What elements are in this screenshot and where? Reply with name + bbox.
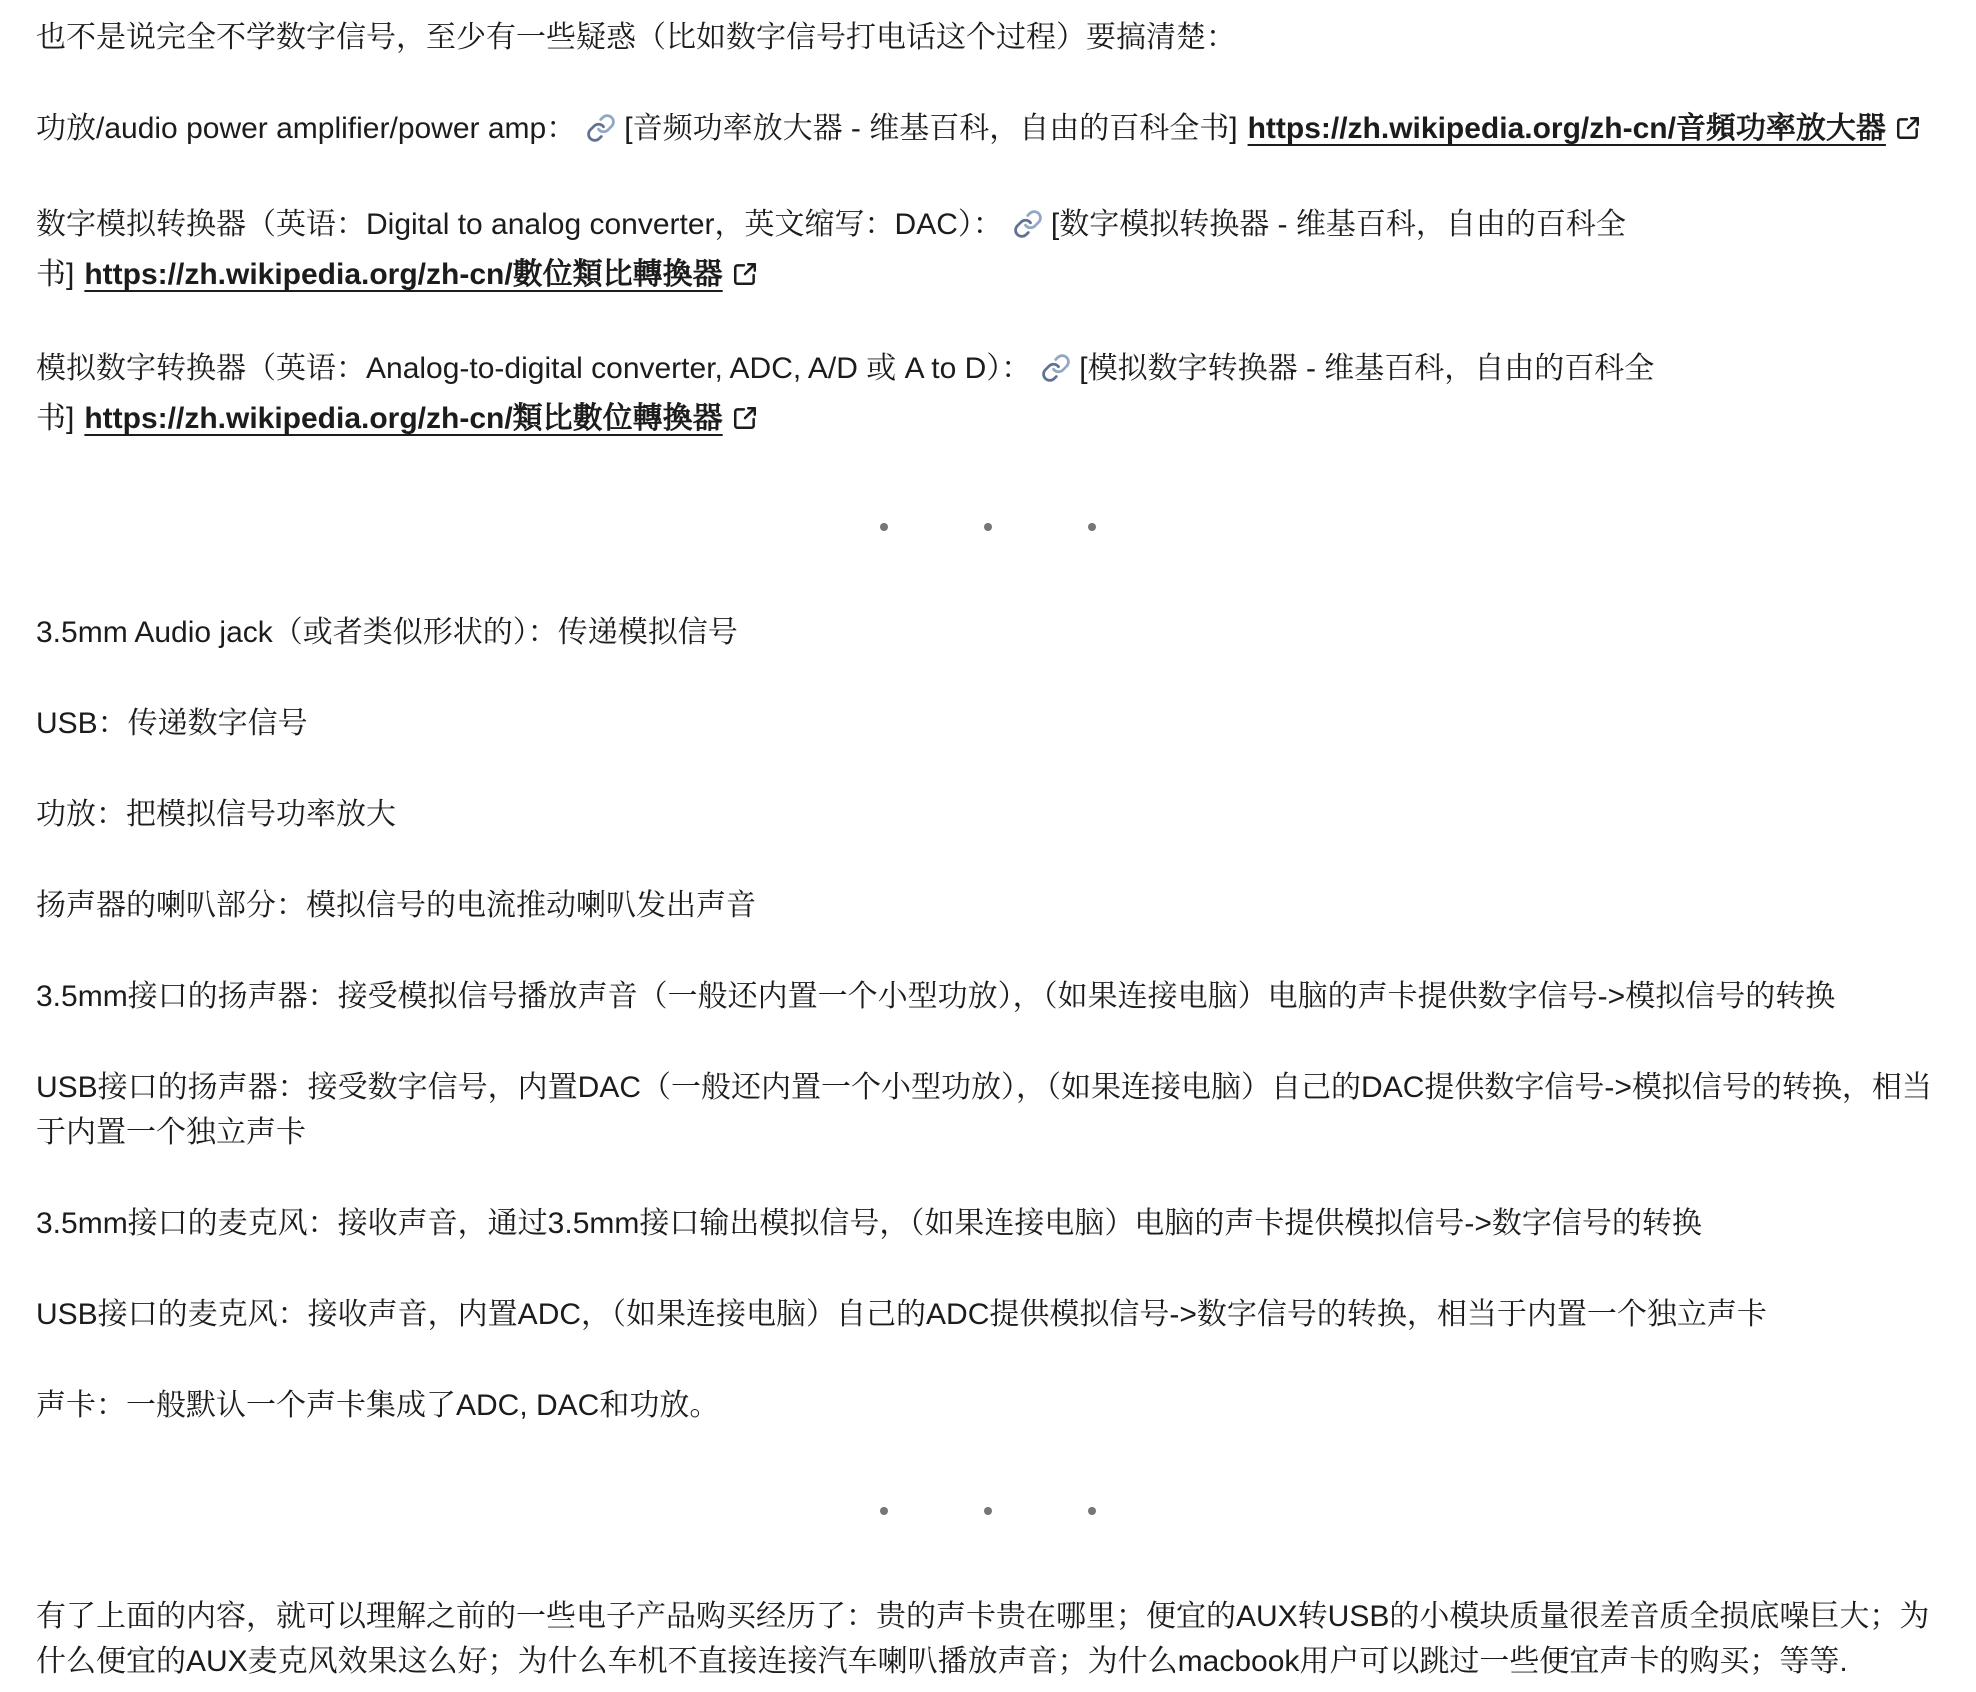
amp-def-text: 功放：把模拟信号功率放大 xyxy=(36,798,396,831)
conclusion-text: 有了上面的内容，就可以理解之前的一些电子产品购买经历了：贵的声卡贵在哪里；便宜的… xyxy=(36,1600,1929,1678)
paragraph-intro: 也不是说完全不学数字信号，至少有一些疑惑（比如数字信号打电话这个过程）要搞清楚： xyxy=(36,15,1940,60)
amp-url-text: https://zh.wikipedia.org/zh-cn/音頻功率放大器 xyxy=(1248,112,1886,145)
link-icon xyxy=(1041,351,1071,396)
soundcard-text: 声卡：一般默认一个声卡集成了ADC, DAC和功放。 xyxy=(36,1389,719,1422)
external-link-icon xyxy=(732,255,758,300)
amp-link-title: [音频功率放大器 - 维基百科，自由的百科全书] xyxy=(624,112,1237,145)
paragraph-amp-def: 功放：把模拟信号功率放大 xyxy=(36,792,1940,837)
paragraph-amp-link: 功放/audio power amplifier/power amp：[音频功率… xyxy=(36,106,1940,156)
amp-url-link[interactable]: https://zh.wikipedia.org/zh-cn/音頻功率放大器 xyxy=(1248,112,1921,145)
divider-dot xyxy=(880,523,888,531)
adc-url-link[interactable]: https://zh.wikipedia.org/zh-cn/類比數位轉換器 xyxy=(84,402,757,435)
paragraph-dac-link: 数字模拟转换器（英语：Digital to analog converter，英… xyxy=(36,202,1940,300)
paragraph-soundcard: 声卡：一般默认一个声卡集成了ADC, DAC和功放。 xyxy=(36,1383,1940,1428)
jack-speaker-text: 3.5mm接口的扬声器：接受模拟信号播放声音（一般还内置一个小型功放），（如果连… xyxy=(36,980,1835,1013)
divider-dot xyxy=(984,1507,992,1515)
link-icon xyxy=(1013,207,1043,252)
intro-text: 也不是说完全不学数字信号，至少有一些疑惑（比如数字信号打电话这个过程）要搞清楚： xyxy=(36,21,1236,54)
paragraph-audio-jack: 3.5mm Audio jack（或者类似形状的）：传递模拟信号 xyxy=(36,610,1940,655)
divider-dot xyxy=(1088,523,1096,531)
usb-speaker-text: USB接口的扬声器：接受数字信号，内置DAC（一般还内置一个小型功放），（如果连… xyxy=(36,1071,1932,1149)
adc-url-text: https://zh.wikipedia.org/zh-cn/類比數位轉換器 xyxy=(84,402,722,435)
usb-text: USB：传递数字信号 xyxy=(36,707,308,740)
divider-dot xyxy=(880,1507,888,1515)
paragraph-conclusion: 有了上面的内容，就可以理解之前的一些电子产品购买经历了：贵的声卡贵在哪里；便宜的… xyxy=(36,1594,1940,1684)
paragraph-adc-link: 模拟数字转换器（英语：Analog-to-digital converter, … xyxy=(36,346,1940,444)
paragraph-jack-mic: 3.5mm接口的麦克风：接收声音，通过3.5mm接口输出模拟信号，（如果连接电脑… xyxy=(36,1201,1940,1246)
external-link-icon xyxy=(1895,109,1921,154)
amp-wiki-link[interactable]: [音频功率放大器 - 维基百科，自由的百科全书] xyxy=(576,112,1237,145)
jack-mic-text: 3.5mm接口的麦克风：接收声音，通过3.5mm接口输出模拟信号，（如果连接电脑… xyxy=(36,1207,1702,1240)
usb-mic-text: USB接口的麦克风：接收声音，内置ADC，（如果连接电脑）自己的ADC提供模拟信… xyxy=(36,1298,1767,1331)
paragraph-speaker-driver: 扬声器的喇叭部分：模拟信号的电流推动喇叭发出声音 xyxy=(36,883,1940,928)
divider xyxy=(36,1474,1940,1548)
speaker-driver-text: 扬声器的喇叭部分：模拟信号的电流推动喇叭发出声音 xyxy=(36,889,756,922)
dac-link-prefix: 数字模拟转换器（英语：Digital to analog converter，英… xyxy=(36,208,1003,241)
external-link-icon xyxy=(732,399,758,444)
dac-url-text: https://zh.wikipedia.org/zh-cn/數位類比轉換器 xyxy=(84,258,722,291)
divider-dot xyxy=(984,523,992,531)
divider-dot xyxy=(1088,1507,1096,1515)
paragraph-usb-speaker: USB接口的扬声器：接受数字信号，内置DAC（一般还内置一个小型功放），（如果连… xyxy=(36,1065,1940,1155)
dac-url-link[interactable]: https://zh.wikipedia.org/zh-cn/數位類比轉換器 xyxy=(84,258,757,291)
amp-link-prefix: 功放/audio power amplifier/power amp： xyxy=(36,112,576,145)
link-icon xyxy=(586,111,616,156)
divider xyxy=(36,490,1940,564)
adc-link-prefix: 模拟数字转换器（英语：Analog-to-digital converter, … xyxy=(36,352,1031,385)
audio-jack-text: 3.5mm Audio jack（或者类似形状的）：传递模拟信号 xyxy=(36,616,738,649)
paragraph-usb-mic: USB接口的麦克风：接收声音，内置ADC，（如果连接电脑）自己的ADC提供模拟信… xyxy=(36,1292,1940,1337)
paragraph-jack-speaker: 3.5mm接口的扬声器：接受模拟信号播放声音（一般还内置一个小型功放），（如果连… xyxy=(36,974,1940,1019)
paragraph-usb: USB：传递数字信号 xyxy=(36,701,1940,746)
